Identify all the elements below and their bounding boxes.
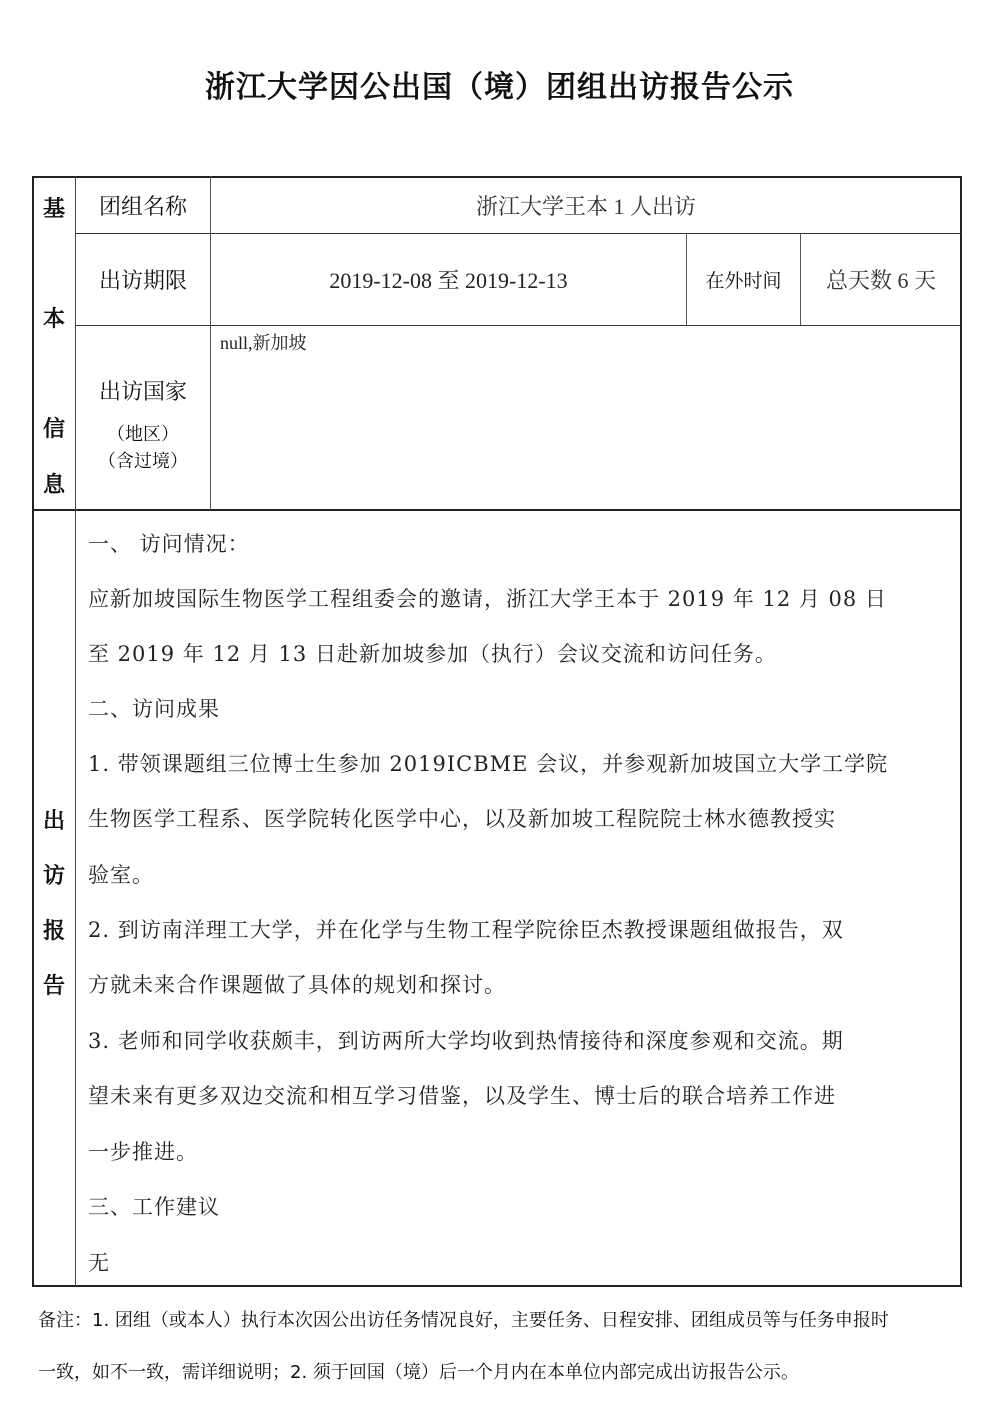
- report-line: 望未来有更多双边交流和相互学习借鉴，以及学生、博士后的联合培养工作进: [88, 1080, 836, 1110]
- basic-info-side-label: 息: [34, 468, 74, 499]
- report-line: 应新加坡国际生物医学工程组委会的邀请，浙江大学王本于 2019 年 12 月 0…: [88, 583, 887, 613]
- section-divider: [32, 509, 962, 511]
- report-line: 无: [88, 1247, 110, 1277]
- report-line: 生物医学工程系、医学院转化医学中心，以及新加坡工程院院士林水德教授实: [88, 803, 836, 833]
- report-side-label: 报: [34, 914, 74, 945]
- footnote-line-1: 备注：1. 团组（或本人）执行本次因公出访任务情况良好，主要任务、日程安排、团组…: [38, 1306, 889, 1332]
- page-title: 浙江大学因公出国（境）团组出访报告公示: [0, 62, 999, 106]
- report-table: [32, 176, 962, 1287]
- report-line: 1. 带领课题组三位博士生参加 2019ICBME 会议，并参观新加坡国立大学工…: [88, 748, 888, 778]
- country-value: null,新加坡: [220, 329, 307, 355]
- group-name-value: 浙江大学王本 1 人出访: [211, 178, 961, 233]
- report-side-label: 出: [34, 804, 74, 835]
- basic-info-side-label: 信: [34, 412, 74, 443]
- report-line: 一步推进。: [88, 1136, 198, 1166]
- period-value: 2019-12-08 至 2019-12-13: [211, 234, 686, 325]
- report-heading-results: 二、访问成果: [88, 693, 220, 723]
- report-line: 2. 到访南洋理工大学，并在化学与生物工程学院徐臣杰教授课题组做报告，双: [88, 914, 844, 944]
- period-label: 出访期限: [76, 234, 210, 325]
- group-name-label: 团组名称: [76, 178, 210, 233]
- report-side-label: 告: [34, 969, 74, 1000]
- country-label: 出访国家: [76, 375, 210, 406]
- footnote-line-2: 一致，如不一致，需详细说明；2. 须于回国（境）后一个月内在本单位内部完成出访报…: [38, 1358, 799, 1384]
- basic-info-side-label: 基: [34, 192, 74, 223]
- time-abroad-value: 总天数 6 天: [801, 234, 961, 325]
- report-line: 至 2019 年 12 月 13 日赴新加坡参加（执行）会议交流和访问任务。: [88, 638, 777, 668]
- report-line: 3. 老师和同学收获颇丰，到访两所大学均收到热情接待和深度参观和交流。期: [88, 1025, 844, 1055]
- row-divider: [75, 325, 962, 326]
- basic-info-side-label: 本: [34, 302, 74, 333]
- country-sublabel-region: （地区）: [76, 420, 210, 446]
- report-heading-visit: 一、 访问情况：: [88, 528, 250, 558]
- report-line: 方就未来合作课题做了具体的规划和探讨。: [88, 969, 506, 999]
- report-heading-suggestions: 三、工作建议: [88, 1191, 220, 1221]
- col-divider: [75, 176, 76, 1287]
- report-side-label: 访: [34, 859, 74, 890]
- country-sublabel-transit: （含过境）: [76, 447, 210, 473]
- report-line: 验室。: [88, 859, 154, 889]
- time-abroad-label: 在外时间: [687, 234, 800, 325]
